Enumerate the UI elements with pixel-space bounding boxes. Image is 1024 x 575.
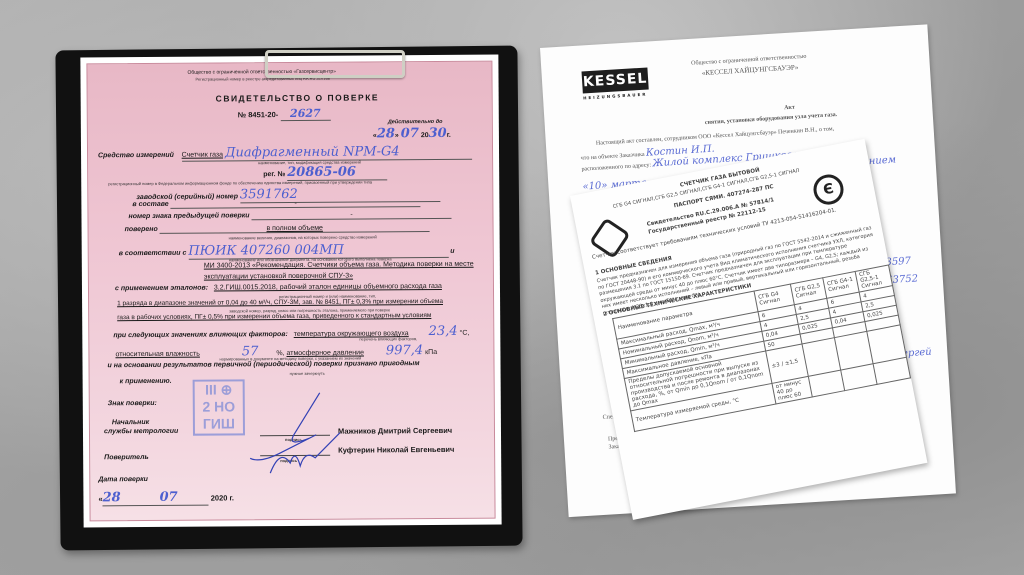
verifier-name: Куфтерин Николай Евгеньевич (338, 445, 454, 455)
date-month: 07 (129, 490, 209, 507)
factors-caption: перечень влияющих факторов, (359, 336, 417, 341)
composition-row: в составе - (132, 199, 420, 209)
verified-label: поверено (125, 226, 158, 233)
prev-mark-value: - (252, 211, 452, 220)
gas-meter-passport: СЧЕТЧИК ГАЗА БЫТОВОЙ СГБ G4 СИГНАЛ,СГБ G… (570, 139, 927, 520)
verification-certificate-paper: Общество с ограниченной ответственностью… (80, 55, 501, 528)
valid-year-suffix: 30 (429, 126, 447, 141)
valid-month: 07 (401, 126, 419, 141)
standards-line-2: 1 разряда в диапазоне значений от 0,04 д… (117, 298, 443, 307)
prev-mark-row: номер знака предыдущей поверки - (128, 211, 451, 221)
head-name: Мажников Дмитрий Сергеевич (338, 426, 452, 436)
cert-number-label: № 8451-20- (238, 110, 279, 119)
mark-label: Знак поверки: (108, 400, 157, 407)
date-label: Дата поверки (98, 476, 148, 483)
verified-value: в полном объеме (160, 224, 430, 234)
cert-number: № 8451-20- 2627 (238, 107, 331, 122)
standards-label: с применением эталонов: (115, 285, 208, 293)
method-line-1: МИ 3400-2013 «Рекомендация. Счетчики объ… (204, 261, 474, 270)
act-org-line-2: «КЕССЕЛ ХАЙЦУНГСБАУЭР» (702, 63, 799, 77)
valid-day: 28 (377, 126, 395, 141)
signatures (240, 388, 351, 479)
standards-line-1: 3.2.ГИШ.0015.2018, рабочий эталон единиц… (214, 283, 442, 292)
instrument-prefix: Счетчик газа (182, 151, 223, 158)
act-address-label: расположенного по адресу: (581, 162, 651, 172)
verifier-label: Поверитель (104, 454, 148, 461)
stamp-line-1: III ⊕ (195, 381, 243, 398)
reg-caption: регистрационный номер в Федеральном инфо… (108, 179, 372, 186)
kessel-logo: KESSEL (582, 67, 649, 93)
stamp-line-3: ГИШ (195, 415, 243, 432)
standards-line-3: газа в рабочих условиях, ПГ± 0,5% при из… (117, 312, 431, 321)
head-label-1: Начальник (112, 419, 149, 426)
composition-label: в составе (132, 201, 168, 208)
according-label: в соответствии с (119, 250, 187, 257)
prev-mark-label: номер знака предыдущей поверки (128, 212, 249, 220)
act-title-2: снятия, установки оборудования узла учет… (705, 112, 838, 126)
valid-year-g: г. (447, 132, 451, 139)
according-tail: и (450, 248, 454, 255)
instrument-label: Средство измерений (98, 152, 174, 160)
composition-value: - (171, 199, 421, 209)
verification-date: «2807 2020 г. (98, 489, 234, 506)
verified-row: поверено в полном объеме (125, 224, 430, 234)
standards-row: с применением эталонов: 3.2.ГИШ.0015.201… (115, 283, 442, 292)
verification-certificate: Общество с ограниченной ответственностью… (86, 61, 495, 522)
head-label-2: службы метрологии (104, 428, 178, 436)
clipboard-clip (265, 50, 405, 78)
conclusion-caption: нужное зачеркнуть (290, 371, 325, 376)
valid-until-date: «28» 07 2030г. (373, 126, 451, 142)
verified-caption: наименование величин, диапазонов, на кот… (229, 234, 377, 240)
factors-label: при следующих значениях влияющих факторо… (113, 331, 288, 339)
cert-number-value: 2627 (280, 107, 330, 121)
pressure-unit: кПа (425, 349, 437, 356)
date-year: 2020 г. (211, 493, 234, 502)
reg-value: 20865-06 (287, 164, 387, 181)
cert-title: СВИДЕТЕЛЬСТВО О ПОВЕРКЕ (216, 92, 379, 103)
act-title-1: Акт (784, 105, 795, 112)
act-intro: Настоящий акт составлен, сотрудником ООО… (596, 126, 835, 147)
pressure-value: 997,4 (386, 343, 423, 358)
date-day: 28 (103, 490, 129, 506)
verification-stamp: III ⊕ 2 НО ГИШ (193, 379, 245, 435)
conclusion-line-1: и на основании результатов первичной (пе… (107, 360, 419, 369)
temp-unit: °С, (460, 330, 470, 337)
method-line-2: эксплуатации установкой поверочной СПУ-3… (204, 273, 353, 281)
valid-year-prefix: 20 (421, 132, 429, 139)
kessel-logo-sub: HEIZUNGSBAUER (583, 92, 647, 101)
valid-until-label: Действительно до (388, 119, 443, 125)
reg-label: рег. № (263, 171, 285, 178)
stamp-line-2: 2 НО (195, 398, 243, 415)
conclusion-line-2: к применению. (120, 378, 172, 385)
temp-value: 23,4 (429, 324, 458, 339)
humidity-label: относительная влажность (115, 351, 200, 359)
instrument-value: Диафрагменный NPM-G4 (225, 144, 400, 160)
eac-logo-icon: Є (811, 172, 846, 207)
